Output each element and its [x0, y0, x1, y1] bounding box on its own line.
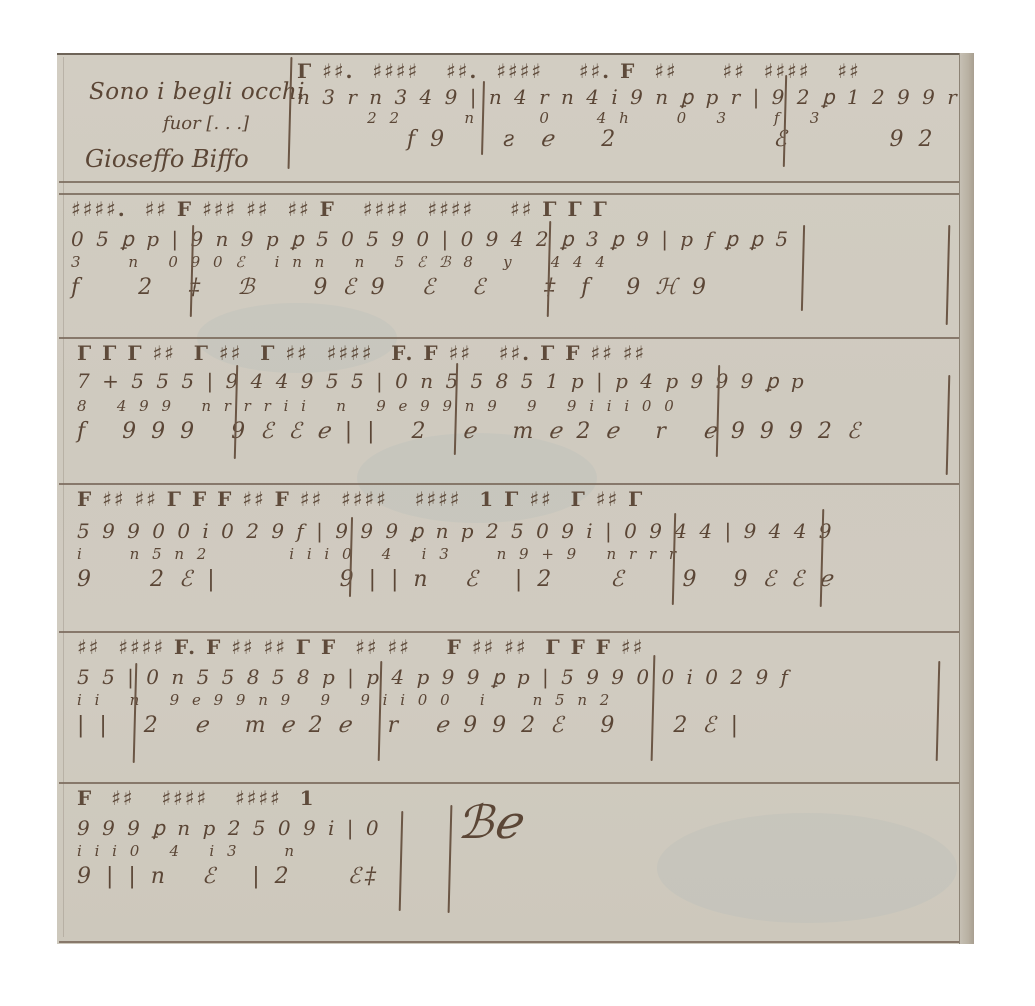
tab-row: 3 n 0 9 0 ℰ i n n n 5 ℰ ℬ 8 y 4 4 4 [71, 253, 609, 271]
tab-row: f 2 ‡ ℬ 9 ℰ 9 ℰ ℰ ‡ f 9 ℋ 9 [71, 275, 710, 300]
rhythm-signs: F ♯♯ ♯♯♯♯ ♯♯♯♯ 1 [77, 786, 316, 810]
staff-rule [59, 337, 964, 339]
rhythm-signs: ♯♯ ♯♯♯♯ F. F ♯♯ ♯♯ Γ F ♯♯ ♯♯ F ♯♯ ♯♯ Γ F… [77, 635, 644, 659]
staff-rule [59, 193, 964, 195]
piece-subtitle: fuor [. . .] [163, 113, 249, 134]
tab-row: 9 | | n ℰ | 2 ℰ‡ [77, 864, 380, 889]
rhythm-signs: F ♯♯ ♯♯ Γ F F ♯♯ F ♯♯ ♯♯♯♯ ♯♯♯♯ 1 Γ ♯♯ Γ… [77, 487, 644, 511]
staff-rule [59, 631, 964, 633]
tab-row: | | 2 ℯ m ℯ 2 ℯ r ℯ 9 9 2 ℰ 9 2 ℰ | [77, 713, 742, 738]
staff-rule [59, 782, 964, 784]
final-flourish: ℬℯ [457, 795, 520, 849]
staff-5: ♯♯ ♯♯♯♯ F. F ♯♯ ♯♯ Γ F ♯♯ ♯♯ F ♯♯ ♯♯ Γ F… [77, 635, 980, 782]
title-block: Sono i begli occhi fuor [. . .] Gioseffo… [79, 75, 294, 185]
tab-row: 5 9 9 0 0 i 0 2 9 f | 9 9 9 ꝑ n p 2 5 0 … [77, 519, 835, 543]
tab-row: 5 5 | 0 n 5 5 8 5 8 p | p 4 p 9 9 ꝑ p | … [77, 665, 791, 689]
piece-title: Sono i begli occhi [89, 79, 305, 105]
staff-4: F ♯♯ ♯♯ Γ F F ♯♯ F ♯♯ ♯♯♯♯ ♯♯♯♯ 1 Γ ♯♯ Γ… [77, 487, 980, 631]
staff-2: ♯♯♯♯. ♯♯ F ♯♯♯ ♯♯ ♯♯ F ♯♯♯♯ ♯♯♯♯ ♯♯ Γ Γ … [71, 197, 974, 337]
staff-6: F ♯♯ ♯♯♯♯ ♯♯♯♯ 1 9 9 9 ꝑ n p 2 5 0 9 i |… [77, 786, 477, 941]
tab-row: f 9 ƨ ℯ 2 ℰ 9 2 [297, 127, 936, 152]
tab-row: i i n 9 e 9 9 n 9 9 9 i i 0 0 i n 5 n 2 [77, 691, 613, 709]
manuscript-page: Sono i begli occhi fuor [. . .] Gioseffo… [57, 53, 974, 944]
rhythm-signs: Γ ♯♯. ♯♯♯♯ ♯♯. ♯♯♯♯ ♯♯. F ♯♯ ♯♯ ♯♯♯♯ ♯♯ [297, 59, 861, 83]
margin-line [63, 57, 64, 937]
staff-3: Γ Γ Γ ♯♯ Γ ♯♯ Γ ♯♯ ♯♯♯♯ F. F ♯♯ ♯♯. Γ F … [77, 341, 980, 483]
staff-1: Γ ♯♯. ♯♯♯♯ ♯♯. ♯♯♯♯ ♯♯. F ♯♯ ♯♯ ♯♯♯♯ ♯♯ … [297, 53, 957, 181]
composer-name: Gioseffo Biffo [85, 145, 249, 173]
tab-row: 7 + 5 5 5 | 9 4 4 9 5 5 | 0 n 5 5 8 5 1 … [77, 369, 807, 393]
rhythm-signs: ♯♯♯♯. ♯♯ F ♯♯♯ ♯♯ ♯♯ F ♯♯♯♯ ♯♯♯♯ ♯♯ Γ Γ … [71, 197, 609, 221]
tab-row: n 3 r n 3 4 9 | n 4 r n 4 i 9 n ꝑ p r | … [297, 85, 960, 109]
rhythm-signs: Γ Γ Γ ♯♯ Γ ♯♯ Γ ♯♯ ♯♯♯♯ F. F ♯♯ ♯♯. Γ F … [77, 341, 646, 365]
staff-rule [59, 941, 964, 943]
tab-row: 9 9 9 ꝑ n p 2 5 0 9 i | 0 [77, 816, 382, 840]
tab-row: i n 5 n 2 i i i 0 4 i 3 n 9 + 9 n r r r [77, 545, 680, 563]
tab-row: f 9 9 9 9 ℰ ℰ ℯ | | 2 ℯ m ℯ 2 ℯ r ℯ 9 9 … [77, 419, 864, 444]
tab-row: i i i 0 4 i 3 n [77, 842, 298, 860]
tab-row: 0 5 ꝑ p | 9 n 9 p ꝑ 5 0 5 9 0 | 0 9 4 2 … [71, 227, 791, 251]
tab-row: 8 4 9 9 n r r r i i n 9 e 9 9 n 9 9 9 i … [77, 397, 678, 415]
paper-stain [657, 813, 957, 923]
tab-row: 9 2 ℰ | 9 | | n ℰ | 2 ℰ 9 9 ℰ ℰ ℯ [77, 567, 836, 592]
tab-row: 2 2 n 0 4 h 0 3 f 3 [297, 109, 823, 127]
staff-rule [59, 483, 964, 485]
